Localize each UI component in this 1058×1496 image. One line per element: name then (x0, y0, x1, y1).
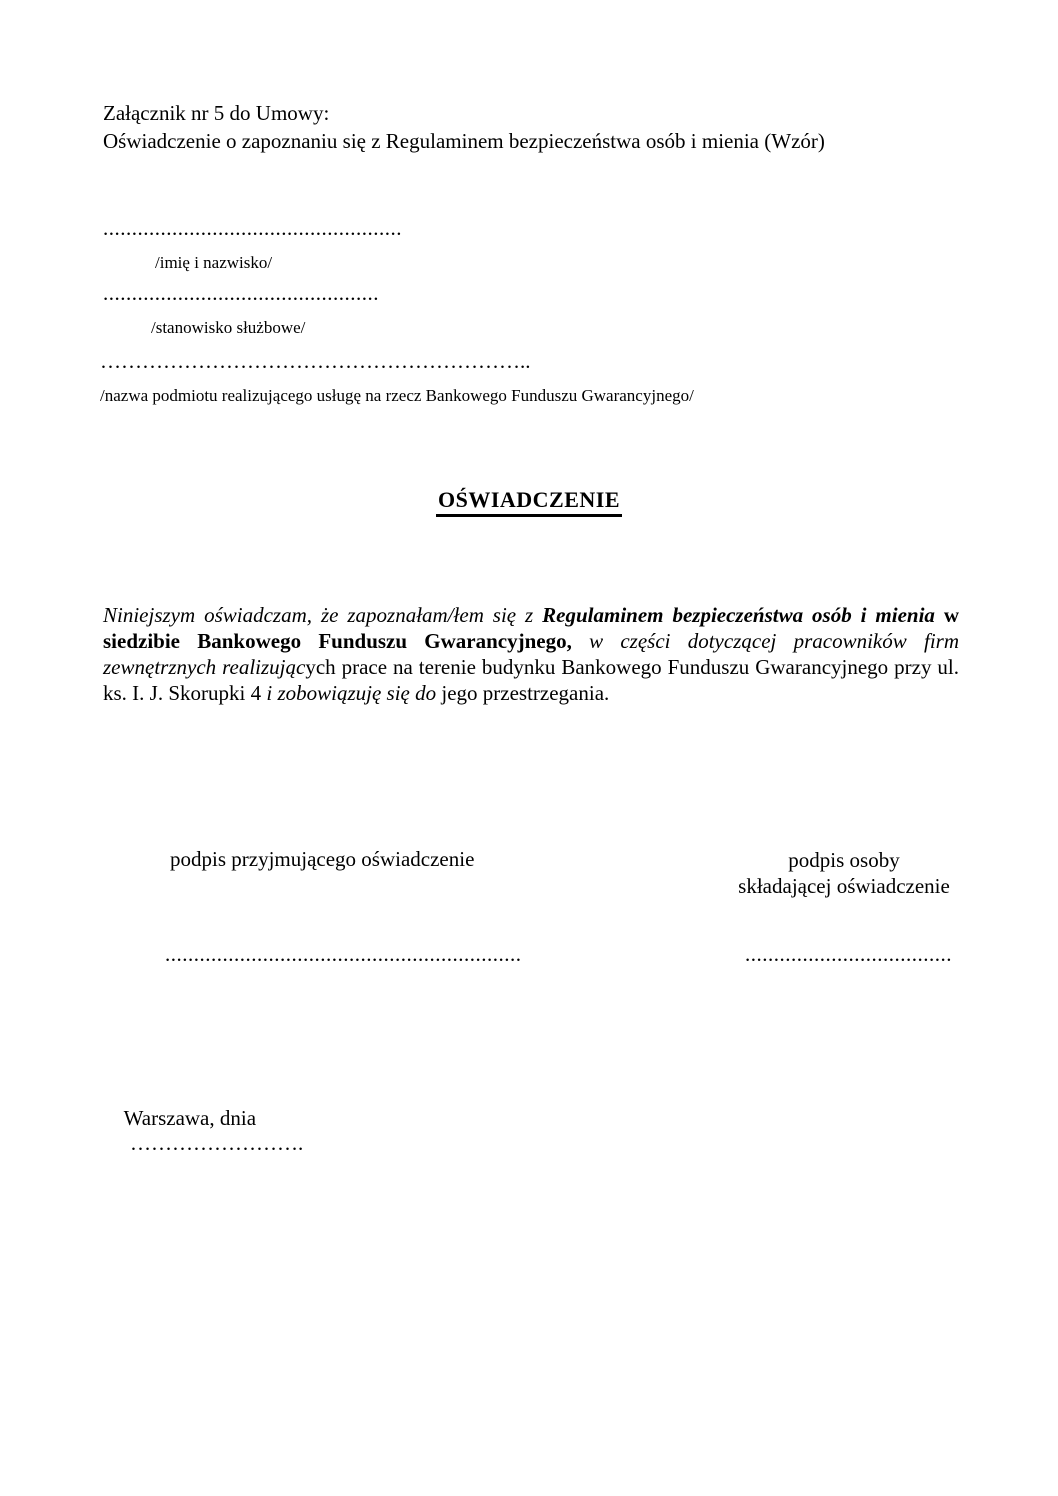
signature-right-label-line-2: składającej oświadczenie (715, 873, 973, 899)
statement-segment: i zobowiązuję się do (266, 681, 436, 705)
statement-segment: Regulaminem bezpieczeństwa osób i mienia (542, 603, 935, 627)
header-line-1: Załącznik nr 5 do Umowy: (103, 99, 825, 127)
statement-segment: jego przestrzegania. (436, 681, 609, 705)
company-field-label: /nazwa podmiotu realizującego usługę na … (100, 386, 694, 406)
position-field-label: /stanowisko służbowe/ (151, 318, 305, 338)
signature-right-label: podpis osoby składającej oświadczenie (715, 847, 973, 899)
signature-left-label: podpis przyjmującego oświadczenie (170, 847, 474, 872)
header-line-2: Oświadczenie o zapoznaniu się z Regulami… (103, 127, 825, 155)
place-and-date-text: Warszawa, dnia (124, 1106, 256, 1130)
date-dotted-line: ……………………. (130, 1131, 303, 1155)
name-dotted-line: ........................................… (103, 218, 402, 239)
place-and-date-line: Warszawa, dnia ……………………. (103, 1081, 303, 1181)
statement-paragraph: Niniejszym oświadczam, że zapoznałam/łem… (103, 602, 959, 706)
statement-segment: Niniejszym oświadczam, że zapoznałam/łem… (103, 603, 542, 627)
document-title-text: OŚWIADCZENIE (436, 487, 622, 517)
document-title: OŚWIADCZENIE (0, 487, 1058, 517)
signature-right-dotted-line: .................................... (745, 944, 952, 965)
name-field-label: /imię i nazwisko/ (155, 253, 272, 273)
signature-right-label-line-1: podpis osoby (715, 847, 973, 873)
position-dotted-line: ........................................… (103, 283, 379, 304)
document-header: Załącznik nr 5 do Umowy: Oświadczenie o … (103, 99, 825, 155)
signature-left-dotted-line: ........................................… (165, 944, 522, 965)
document-page: Załącznik nr 5 do Umowy: Oświadczenie o … (0, 0, 1058, 1496)
company-dotted-line: …………………………………………………….. (100, 351, 531, 372)
